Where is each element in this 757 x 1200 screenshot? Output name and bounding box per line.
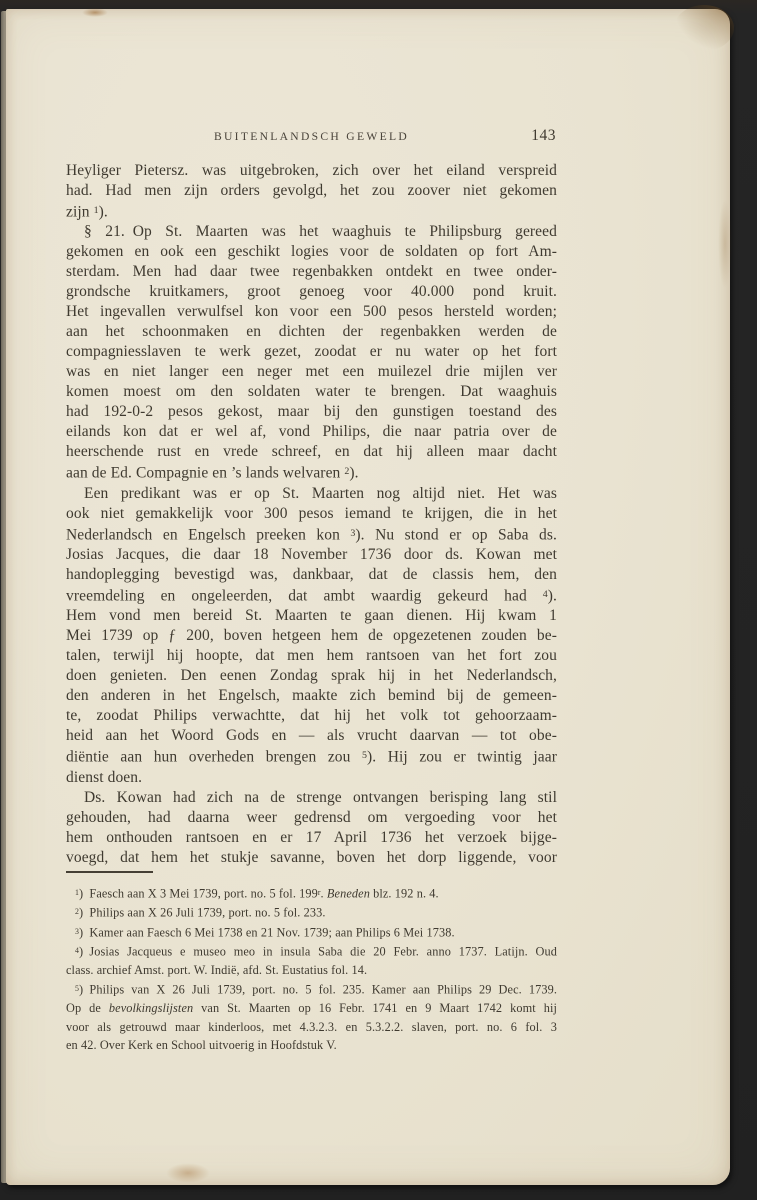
running-header: BUITENLANDSCH GEWELD 143: [66, 130, 557, 148]
text-line: Het ingevallen verwulfsel kon voor een 5…: [66, 302, 557, 322]
text-line: talen, terwijl hij hoopte, dat men hem r…: [66, 646, 557, 666]
footnote-line: class. archief Amst. port. W. Indië, afd…: [66, 961, 557, 980]
text-line: handoplegging bevestigd was, dankbaar, d…: [66, 565, 557, 585]
superscript-mark: 5: [75, 984, 79, 993]
running-header-title: BUITENLANDSCH GEWELD: [66, 130, 557, 143]
scanned-book-photo: BUITENLANDSCH GEWELD 143 Heyliger Pieter…: [0, 0, 757, 1200]
footnote-line: 3) Kamer aan Faesch 6 Mei 1738 en 21 Nov…: [66, 923, 557, 942]
foxing-stain: [166, 1163, 210, 1183]
text-line: Heyliger Pietersz. was uitgebroken, zich…: [66, 161, 557, 181]
text-line: dienst doen.: [66, 768, 557, 788]
text-line: den anderen in het Engelsch, maakte zich…: [66, 686, 557, 706]
footnote-separator-rule: [66, 871, 153, 873]
text-line: Josias Jacques, die daar 18 November 173…: [66, 545, 557, 565]
text-line: had 192-0-2 pesos gekost, maar bij den g…: [66, 402, 557, 422]
superscript-mark: 4: [75, 946, 79, 955]
superscript-mark: 1: [75, 888, 79, 897]
text-line: aan het schoonmaken en dichten der regen…: [66, 322, 557, 342]
text-line: Ds. Kowan had zich na de strenge ontvang…: [66, 788, 557, 808]
superscript-mark: 2: [344, 466, 349, 477]
footnote-line: Op de bevolkingslijsten van St. Maarten …: [66, 999, 557, 1018]
text-line: aan de Ed. Compagnie en ’s lands welvare…: [66, 462, 557, 483]
text-line: Mei 1739 op ƒ 200, boven hetgeen hem de …: [66, 626, 557, 646]
text-line: hem onthouden rantsoen en er 17 April 17…: [66, 828, 557, 848]
footnote-line: 1) Faesch aan X 3 Mei 1739, port. no. 5 …: [66, 884, 557, 903]
text-line: komen moest om den soldaten water te bre…: [66, 382, 557, 402]
text-line: zijn 1).: [66, 201, 557, 222]
footnote-line: 2) Philips aan X 26 Juli 1739, port. no.…: [66, 903, 557, 922]
italic-text: Beneden: [327, 887, 370, 901]
superscript-mark: 5: [362, 750, 367, 761]
text-line: Nederlandsch en Engelsch preeken kon 3).…: [66, 524, 557, 545]
book-page: BUITENLANDSCH GEWELD 143 Heyliger Pieter…: [6, 9, 730, 1185]
paragraph: Heyliger Pietersz. was uitgebroken, zich…: [66, 161, 557, 222]
footnote-line: voor als getrouwd maar kinderloos, met 4…: [66, 1018, 557, 1037]
paragraph: Een predikant was er op St. Maarten nog …: [66, 484, 557, 788]
text-line: voegd, dat hem het stukje savanne, boven…: [66, 848, 557, 868]
text-line: gekomen en ook een geschikt logies voor …: [66, 242, 557, 262]
text-line: doen genieten. Den eenen Zondag sprak hi…: [66, 666, 557, 686]
foxing-stain: [82, 8, 108, 17]
text-line: § 21. Op St. Maarten was het waaghuis te…: [66, 222, 557, 242]
superscript-mark: 3: [350, 528, 355, 539]
paragraph: Ds. Kowan had zich na de strenge ontvang…: [66, 788, 557, 868]
superscript-mark: r: [318, 888, 321, 897]
text-line: gehouden, had daarna weer gedrensd om ve…: [66, 808, 557, 828]
text-line: te, zoodat Philips verwachtte, dat hij h…: [66, 706, 557, 726]
foxing-stain: [718, 199, 732, 289]
text-line: vreemdeling en ongeleerden, dat ambt waa…: [66, 585, 557, 606]
text-line: sterdam. Men had daar twee regenbakken o…: [66, 262, 557, 282]
italic-text: bevolkingslijsten: [109, 1001, 193, 1015]
text-line: heid aan het Woord Gods en — als vrucht …: [66, 726, 557, 746]
text-line: had. Had men zijn orders gevolgd, het zo…: [66, 181, 557, 201]
page-number: 143: [531, 127, 556, 145]
text-line: grondsche kruitkamers, groot genoeg voor…: [66, 282, 557, 302]
superscript-mark: 3: [75, 927, 79, 936]
text-line: was en niet langer een neger met een mui…: [66, 362, 557, 382]
footnote-line: 4) Josias Jacqueus e museo meo in insula…: [66, 942, 557, 961]
superscript-mark: 1: [94, 205, 99, 216]
text-line: Hem vond men bereid St. Maarten te gaan …: [66, 606, 557, 626]
text-line: heerschende rust en vrede schreef, en da…: [66, 442, 557, 462]
footnote-line: en 42. Over Kerk en School uitvoerig in …: [66, 1036, 557, 1055]
foxing-stain: [674, 5, 734, 51]
superscript-mark: 4: [543, 589, 548, 600]
text-line: compagniesslaven te werk gezet, zoodat e…: [66, 342, 557, 362]
footnote-line: 5) Philips van X 26 Juli 1739, port. no.…: [66, 980, 557, 999]
body-text: Heyliger Pietersz. was uitgebroken, zich…: [66, 161, 557, 868]
paragraph: § 21. Op St. Maarten was het waaghuis te…: [66, 222, 557, 483]
text-line: eilands kon dat er wel af, vond Philips,…: [66, 422, 557, 442]
text-line: Een predikant was er op St. Maarten nog …: [66, 484, 557, 504]
superscript-mark: 2: [75, 907, 79, 916]
footnotes: 1) Faesch aan X 3 Mei 1739, port. no. 5 …: [66, 884, 557, 1055]
text-line: diëntie aan hun overheden brengen zou 5)…: [66, 746, 557, 767]
text-line: ook niet gemakkelijk voor 300 pesos iema…: [66, 504, 557, 524]
